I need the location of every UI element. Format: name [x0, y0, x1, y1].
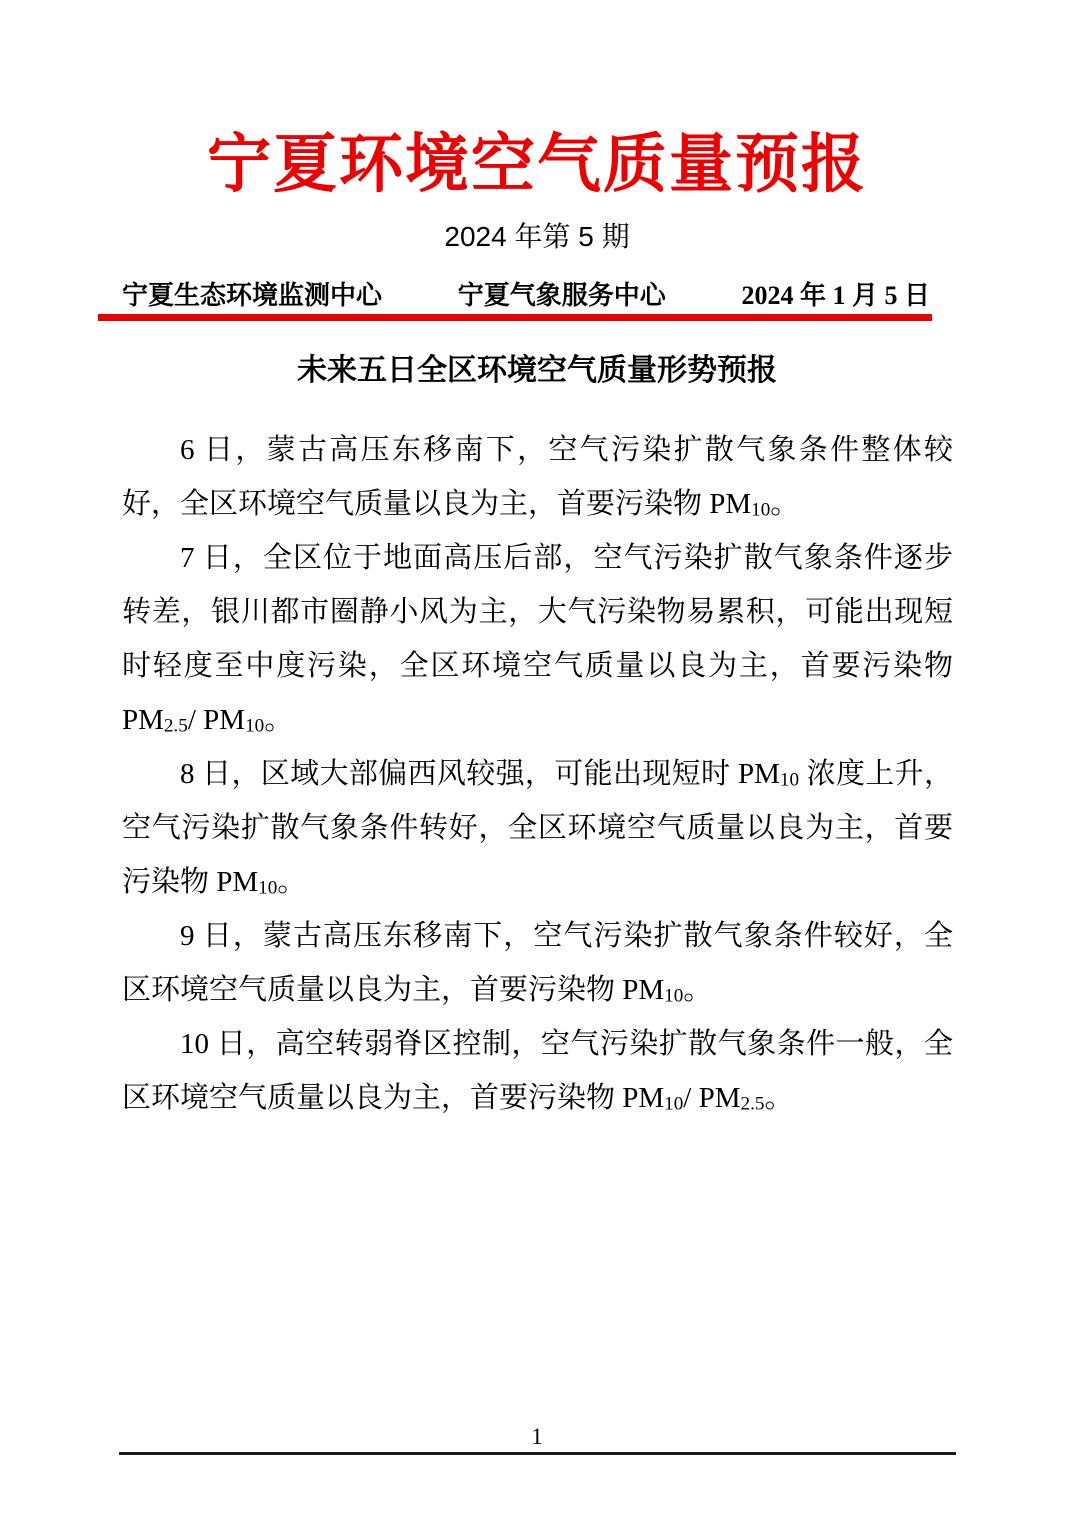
body-paragraph: 6 日，蒙古高压东移南下，空气污染扩散气象条件整体较好，全区环境空气质量以良为主… — [122, 423, 953, 531]
document-title: 宁夏环境空气质量预报 — [0, 122, 1074, 208]
pm-subscript: 10 — [258, 877, 277, 898]
issue-number: 2024 年第 5 期 — [0, 222, 1074, 252]
page-number: 1 — [0, 1424, 1074, 1450]
body-paragraph: 7 日，全区位于地面高压后部，空气污染扩散气象条件逐步转差，银川都市圈静小风为主… — [122, 531, 953, 747]
publisher-row: 宁夏生态环境监测中心 宁夏气象服务中心 2024 年 1 月 5 日 — [122, 280, 930, 311]
document-page: 宁夏环境空气质量预报 2024 年第 5 期 宁夏生态环境监测中心 宁夏气象服务… — [0, 0, 1074, 1520]
pm-subscript: 10 — [664, 1093, 683, 1114]
pm-subscript: 10 — [751, 499, 770, 520]
footer-rule — [119, 1452, 956, 1455]
pm-subscript: 10 — [245, 715, 264, 736]
pm-subscript: 10 — [664, 985, 683, 1006]
pm-subscript: 10 — [780, 769, 799, 790]
publish-date: 2024 年 1 月 5 日 — [741, 281, 930, 311]
body-paragraph: 9 日，蒙古高压东移南下，空气污染扩散气象条件较好，全区环境空气质量以良为主，首… — [122, 909, 953, 1017]
publisher-center: 宁夏气象服务中心 — [458, 280, 666, 310]
pm-subscript: 2.5 — [164, 715, 188, 736]
header-rule — [98, 314, 932, 321]
body-paragraph: 8 日，区域大部偏西风较强，可能出现短时 PM10 浓度上升，空气污染扩散气象条… — [122, 747, 953, 909]
document-body: 6 日，蒙古高压东移南下，空气污染扩散气象条件整体较好，全区环境空气质量以良为主… — [122, 423, 953, 1125]
section-heading: 未来五日全区环境空气质量形势预报 — [0, 355, 1074, 387]
body-paragraph: 10 日，高空转弱脊区控制，空气污染扩散气象条件一般，全区环境空气质量以良为主，… — [122, 1017, 953, 1125]
publisher-left: 宁夏生态环境监测中心 — [122, 280, 382, 310]
pm-subscript: 2.5 — [741, 1093, 765, 1114]
